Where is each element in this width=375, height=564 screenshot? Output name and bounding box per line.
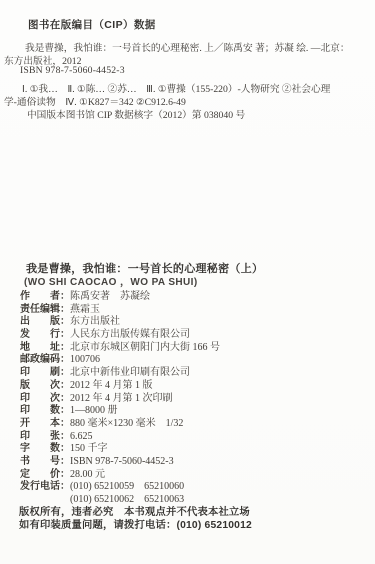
colophon-row-value: 陈禹安著 苏凝绘 xyxy=(70,291,150,302)
colophon-row-colon: ： xyxy=(60,380,70,393)
colophon-row-value: 2012 年 4 月第 1 次印刷 xyxy=(70,393,173,404)
colophon-row-colon: ： xyxy=(60,393,70,406)
cip-classification-line1: Ⅰ. ①我… Ⅱ. ①陈… ②苏… Ⅲ. ①曹操（155-220）-人物研究 ②… xyxy=(22,81,330,95)
colophon-row-colon: ： xyxy=(60,354,70,367)
colophon-row-value: 2012 年 4 月第 1 版 xyxy=(70,380,153,391)
colophon-row-label: 印次 xyxy=(20,393,60,406)
colophon-row-colon: ： xyxy=(60,481,70,494)
colophon-rows: 作者：陈禹安著 苏凝绘责任编辑：燕霜玉出版：东方出版社发行：人民东方出版传媒有限… xyxy=(20,291,220,507)
book-title-pinyin: (WO SHI CAOCAO ，WO PA SHUI) xyxy=(24,273,198,288)
colophon-row-label: 书号 xyxy=(20,456,60,469)
colophon-row-label: 开本 xyxy=(20,418,60,431)
colophon-row-label: 出版 xyxy=(20,316,60,329)
colophon-row: 邮政编码：100706 xyxy=(20,354,220,367)
colophon-row-label: 定价 xyxy=(20,469,60,482)
colophon-row-label: 地址 xyxy=(20,342,60,355)
colophon-row-colon: ： xyxy=(60,304,70,317)
colophon-row-colon: ： xyxy=(60,456,70,469)
colophon-row: 印次：2012 年 4 月第 1 次印刷 xyxy=(20,393,220,406)
colophon-row-value: 880 毫米×1230 毫米 1/32 xyxy=(70,418,183,429)
cip-record-number: 中国版本图书馆 CIP 数据核字（2012）第 038040 号 xyxy=(27,107,245,121)
colophon-row: 定价：28.00 元 xyxy=(20,469,220,482)
colophon-row-colon: ： xyxy=(60,431,70,444)
cip-classification-line2: 学-通俗读物 Ⅳ. ①K827＝342 ②C912.6-49 xyxy=(4,94,186,108)
colophon-row-label: 版次 xyxy=(20,380,60,393)
colophon-row: 地址：北京市东城区朝阳门内大街 166 号 xyxy=(20,342,220,355)
colophon-row-label: 印刷 xyxy=(20,367,60,380)
colophon-row-colon: ： xyxy=(60,316,70,329)
colophon-row-label: 邮政编码 xyxy=(20,354,60,367)
colophon-row-value: 28.00 元 xyxy=(70,469,105,480)
colophon-row-colon: ： xyxy=(60,443,70,456)
colophon-row-colon: ： xyxy=(60,291,70,304)
colophon-row-value: 北京市东城区朝阳门内大街 166 号 xyxy=(70,342,220,353)
colophon-row-value: 北京中新伟业印刷有限公司 xyxy=(70,367,190,378)
colophon-row-value: 燕霜玉 xyxy=(70,304,100,315)
colophon-row: 书号：ISBN 978-7-5060-4452-3 xyxy=(20,456,220,469)
colophon-row: 印刷：北京中新伟业印刷有限公司 xyxy=(20,367,220,380)
colophon-row-value: 人民东方出版传媒有限公司 xyxy=(70,329,190,340)
colophon-row: 作者：陈禹安著 苏凝绘 xyxy=(20,291,220,304)
colophon-row-colon: ： xyxy=(60,405,70,418)
colophon-row-colon: ： xyxy=(60,342,70,355)
colophon-row: 发行电话：(010) 65210059 65210060 xyxy=(20,481,220,494)
colophon-row: 出版：东方出版社 xyxy=(20,316,220,329)
colophon-row-label: 发行 xyxy=(20,329,60,342)
colophon-row: 版次：2012 年 4 月第 1 版 xyxy=(20,380,220,393)
quality-hotline-notice: 如有印装质量问题，请拨打电话：(010) 65210012 xyxy=(19,516,252,531)
cip-description-line1: 我是曹操，我怕谁：一号首长的心理秘密. 上／陈禹安 著；苏凝 绘. —北京： xyxy=(25,40,350,54)
colophon-row: 开本：880 毫米×1230 毫米 1/32 xyxy=(20,418,220,431)
colophon-row-value: 东方出版社 xyxy=(70,316,120,327)
colophon-row-colon: ： xyxy=(60,367,70,380)
colophon-row-colon: ： xyxy=(60,418,70,431)
colophon-row: 印数：1—8000 册 xyxy=(20,405,220,418)
colophon-row: 责任编辑：燕霜玉 xyxy=(20,304,220,317)
colophon-row-value: 150 千字 xyxy=(70,443,108,454)
colophon-row-value: 100706 xyxy=(70,354,100,365)
colophon-row-colon: ： xyxy=(60,469,70,482)
cip-isbn: ISBN 978-7-5060-4452-3 xyxy=(20,65,125,76)
colophon-row-label: 字数 xyxy=(20,443,60,456)
colophon-row: 发行：人民东方出版传媒有限公司 xyxy=(20,329,220,342)
colophon-row: 印张：6.625 xyxy=(20,431,220,444)
colophon-row-value: 1—8000 册 xyxy=(70,405,118,416)
colophon-row: 字数：150 千字 xyxy=(20,443,220,456)
colophon-row-value: (010) 65210059 65210060 xyxy=(70,481,184,492)
colophon-row-value: 6.625 xyxy=(70,431,93,442)
colophon-row-label: 印数 xyxy=(20,405,60,418)
colophon-row-value: ISBN 978-7-5060-4452-3 xyxy=(70,456,174,467)
colophon-row-label: 作者 xyxy=(20,291,60,304)
colophon-row-label: 发行电话 xyxy=(20,481,60,494)
cip-header: 图书在版编目（CIP）数据 xyxy=(28,17,156,32)
colophon-row-label: 印张 xyxy=(20,431,60,444)
colophon-row-colon: ： xyxy=(60,329,70,342)
copyright-page: 图书在版编目（CIP）数据 我是曹操，我怕谁：一号首长的心理秘密. 上／陈禹安 … xyxy=(0,0,375,564)
colophon-row-label: 责任编辑 xyxy=(20,304,60,317)
